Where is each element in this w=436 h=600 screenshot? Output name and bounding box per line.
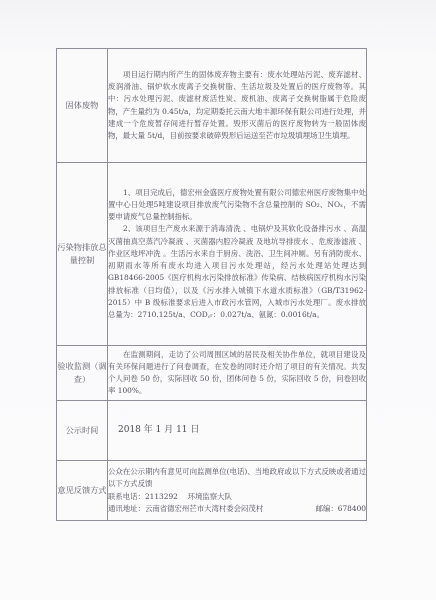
row-label-solid-waste: 固体废物	[57, 49, 108, 163]
solid-waste-text: 项目运行期内所产生的固体废弃物主要有：废水处理站污泥、废弃滤材、废润滑油、锅炉软…	[108, 69, 366, 142]
mailing-address: 通讯地址：云南省德宏州芒市大湾村委会闷茂村	[108, 503, 263, 515]
table-row-publicity-time: 公示时间 2018 年 1 月 11 日	[57, 401, 367, 461]
address-row: 通讯地址：云南省德宏州芒市大湾村委会闷茂村 邮编：678400	[108, 503, 366, 515]
document-page: 固体废物 项目运行期内所产生的固体废弃物主要有：废水处理站污泥、废弃滤材、废润滑…	[0, 0, 436, 600]
row-label-acceptance-survey: 验收监测（调查）	[57, 346, 108, 401]
row-content-feedback-method: 公众在公示期内有意见可向监测单位(电话)、当地政府或以下方式反映或者通过以下方式…	[108, 461, 367, 521]
postcode: 邮编：678400	[316, 503, 366, 515]
row-label-pollutant-total-control: 污染物排放总量控制	[57, 163, 108, 346]
publicity-date: 2018 年 1 月 11 日	[108, 425, 199, 435]
row-content-acceptance-survey: 在监测期间，走访了公司周围区域的居民及相关协作单位，就项目建设及有关环保问题进行…	[108, 346, 367, 401]
survey-text: 在监测期间，走访了公司周围区域的居民及相关协作单位，就项目建设及有关环保问题进行…	[108, 349, 366, 398]
table-row-pollutant-total-control: 污染物排放总量控制 1、项目完成后，德宏州金盛医疗废物处置有限公司德宏州医疗废物…	[57, 163, 367, 346]
pollutant-paragraph-2: 2、该项目生产废水来源于消毒清洗 、电锅炉及其软化设备排污水 、高温灭菌抽真空蒸…	[108, 223, 366, 321]
table-row-solid-waste: 固体废物 项目运行期内所产生的固体废弃物主要有：废水处理站污泥、废弃滤材、废润滑…	[57, 49, 367, 163]
row-label-publicity-time: 公示时间	[57, 401, 108, 461]
table-row-feedback-method: 意见反馈方式 公众在公示期内有意见可向监测单位(电话)、当地政府或以下方式反映或…	[57, 461, 367, 521]
disclosure-table: 固体废物 项目运行期内所产生的固体废弃物主要有：废水处理站污泥、废弃滤材、废润滑…	[56, 48, 367, 521]
feedback-instructions: 公众在公示期内有意见可向监测单位(电话)、当地政府或以下方式反映或者通过以下方式…	[108, 466, 366, 490]
contact-phone: 联系电话：2113292 环境监察大队	[108, 491, 366, 503]
pollutant-paragraph-1: 1、项目完成后，德宏州金盛医疗废物处置有限公司德宏州医疗废物集中处置中心日处理5…	[108, 187, 366, 224]
row-content-solid-waste: 项目运行期内所产生的固体废弃物主要有：废水处理站污泥、废弃滤材、废润滑油、锅炉软…	[108, 49, 367, 163]
row-label-feedback-method: 意见反馈方式	[57, 461, 108, 521]
table-row-acceptance-survey: 验收监测（调查） 在监测期间，走访了公司周围区域的居民及相关协作单位，就项目建设…	[57, 346, 367, 401]
row-content-publicity-time: 2018 年 1 月 11 日	[108, 401, 367, 461]
row-content-pollutant-total-control: 1、项目完成后，德宏州金盛医疗废物处置有限公司德宏州医疗废物集中处置中心日处理5…	[108, 163, 367, 346]
